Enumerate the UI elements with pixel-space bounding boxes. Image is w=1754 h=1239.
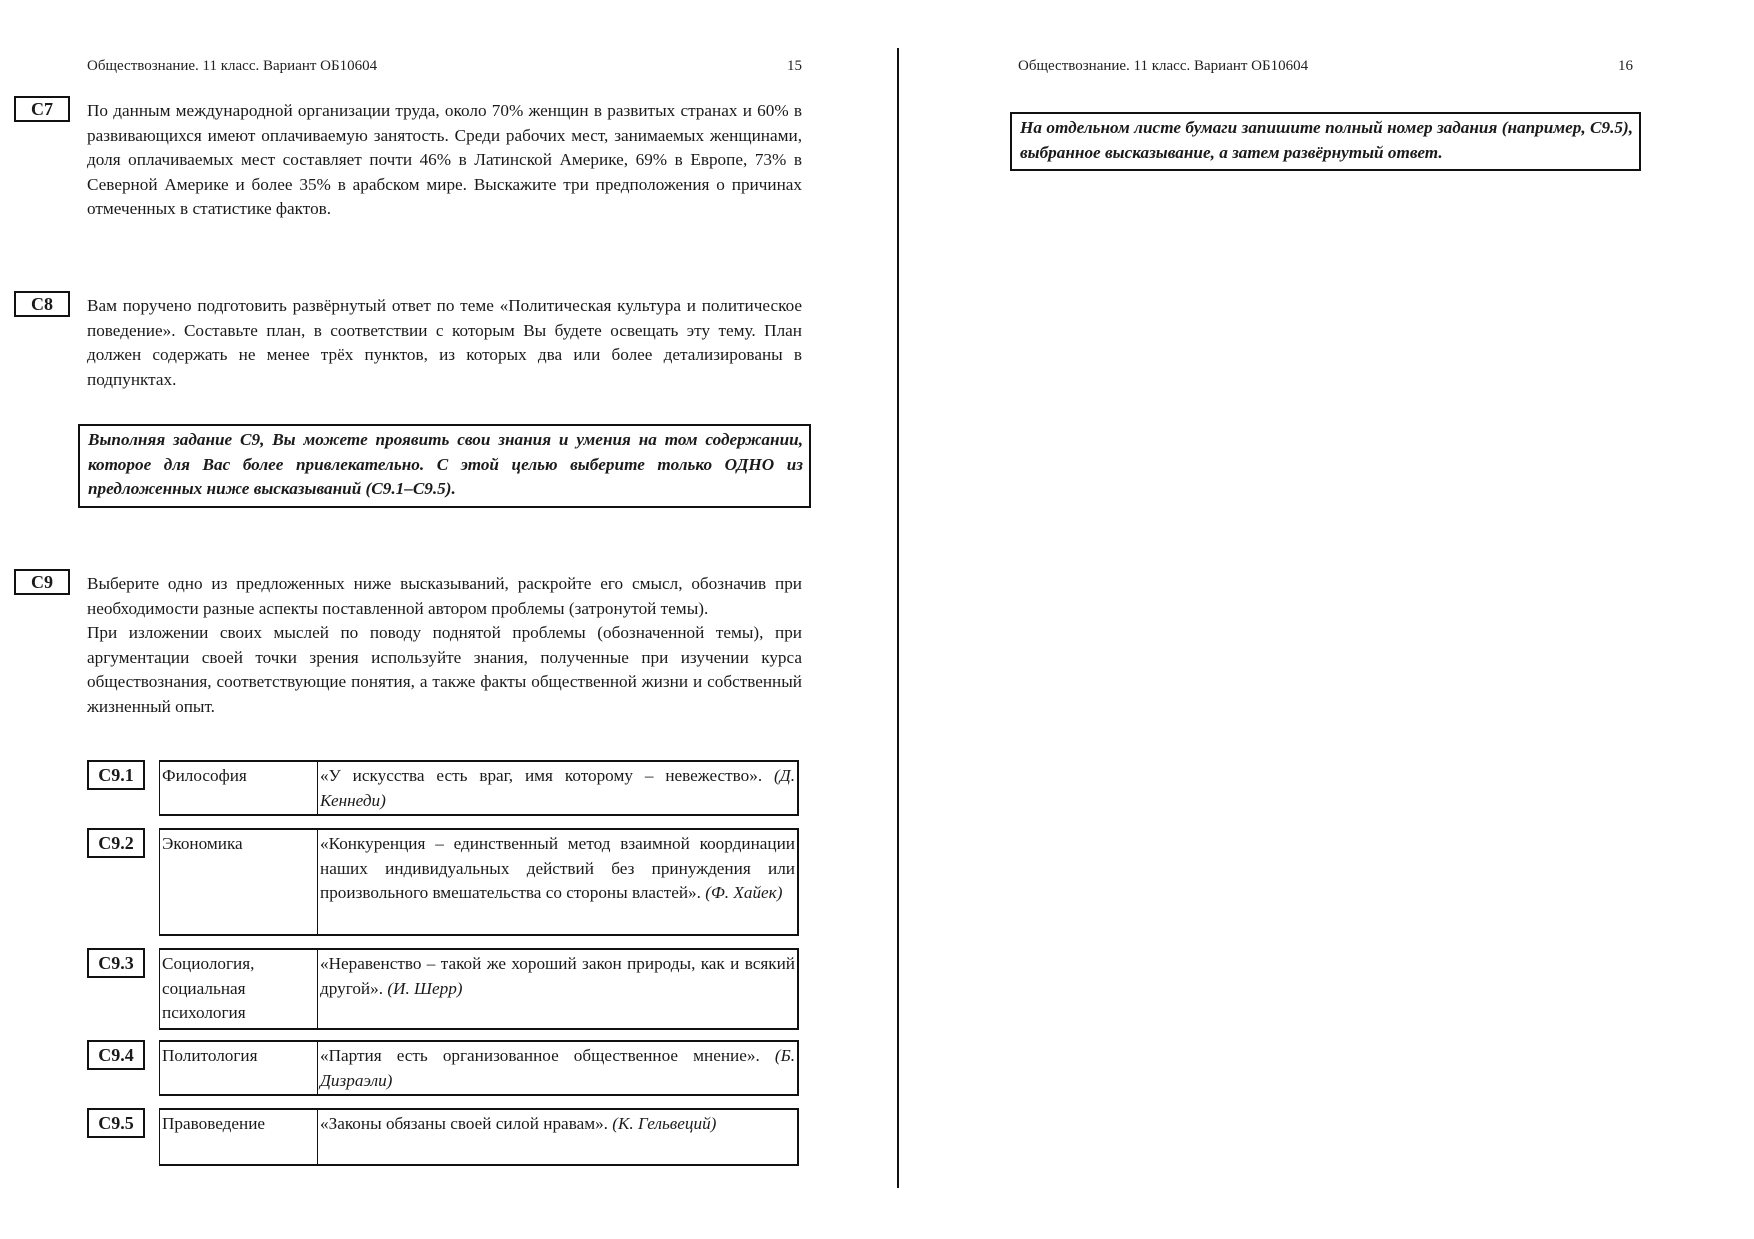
option-label: C9.5 xyxy=(87,1108,145,1138)
option-label: C9.3 xyxy=(87,948,145,978)
quote-text: «Законы обязаны своей силой нравам». xyxy=(320,1114,608,1133)
task-c9-paragraph-1: Выберите одно из предложенных ниже выска… xyxy=(87,572,802,621)
quote-author: (И. Шерр) xyxy=(387,979,462,998)
option-quote: «Партия есть организованное общественное… xyxy=(318,1042,797,1094)
task-label-c8: C8 xyxy=(14,291,70,317)
page-number: 16 xyxy=(1618,58,1633,75)
option-subject: Политология xyxy=(160,1042,318,1094)
option-table: Философия«У искусства есть враг, имя кот… xyxy=(159,760,799,816)
option-table: Правоведение«Законы обязаны своей силой … xyxy=(159,1108,799,1166)
option-quote: «У искусства есть враг, имя которому – н… xyxy=(318,762,797,814)
task-c7-paragraph: По данным международной организации труд… xyxy=(87,99,802,222)
page-16: Обществознание. 11 класс. Вариант ОБ1060… xyxy=(898,0,1754,1239)
option-table: Политология«Партия есть организованное о… xyxy=(159,1040,799,1096)
task-c9-text: Выберите одно из предложенных ниже выска… xyxy=(87,572,802,719)
c9-instruction-box: Выполняя задание С9, Вы можете проявить … xyxy=(78,424,811,508)
option-label: C9.2 xyxy=(87,828,145,858)
page-header: Обществознание. 11 класс. Вариант ОБ1060… xyxy=(1018,58,1633,75)
task-label-c7: C7 xyxy=(14,96,70,122)
option-table: Социология, социальная психология«Нераве… xyxy=(159,948,799,1030)
page-15: Обществознание. 11 класс. Вариант ОБ1060… xyxy=(0,0,898,1239)
task-c7-text: По данным международной организации труд… xyxy=(87,99,802,222)
option-quote: «Неравенство – такой же хороший закон пр… xyxy=(318,950,797,1028)
quote-text: «У искусства есть враг, имя которому – н… xyxy=(320,766,762,785)
page-number: 15 xyxy=(787,58,802,75)
option-subject: Правоведение xyxy=(160,1110,318,1164)
option-quote: «Законы обязаны своей силой нравам». (К.… xyxy=(318,1110,797,1164)
quote-author: (Ф. Хайек) xyxy=(705,883,782,902)
quote-text: «Партия есть организованное общественное… xyxy=(320,1046,760,1065)
option-subject: Экономика xyxy=(160,830,318,934)
task-c9-paragraph-2: При изложении своих мыслей по поводу под… xyxy=(87,621,802,719)
option-quote: «Конкуренция – единственный метод взаимн… xyxy=(318,830,797,934)
option-subject: Социология, социальная психология xyxy=(160,950,318,1028)
option-label: C9.1 xyxy=(87,760,145,790)
header-title: Обществознание. 11 класс. Вариант ОБ1060… xyxy=(1018,58,1308,74)
task-label-c9: C9 xyxy=(14,569,70,595)
header-title: Обществознание. 11 класс. Вариант ОБ1060… xyxy=(87,58,377,74)
option-label: C9.4 xyxy=(87,1040,145,1070)
option-subject: Философия xyxy=(160,762,318,814)
answer-instruction-box: На отдельном листе бумаги запишите полны… xyxy=(1010,112,1641,171)
quote-author: (К. Гельвеций) xyxy=(612,1114,716,1133)
option-table: Экономика«Конкуренция – единственный мет… xyxy=(159,828,799,936)
page-header: Обществознание. 11 класс. Вариант ОБ1060… xyxy=(87,58,802,75)
task-c8-text: Вам поручено подготовить развёрнутый отв… xyxy=(87,294,802,392)
task-c8-paragraph: Вам поручено подготовить развёрнутый отв… xyxy=(87,294,802,392)
